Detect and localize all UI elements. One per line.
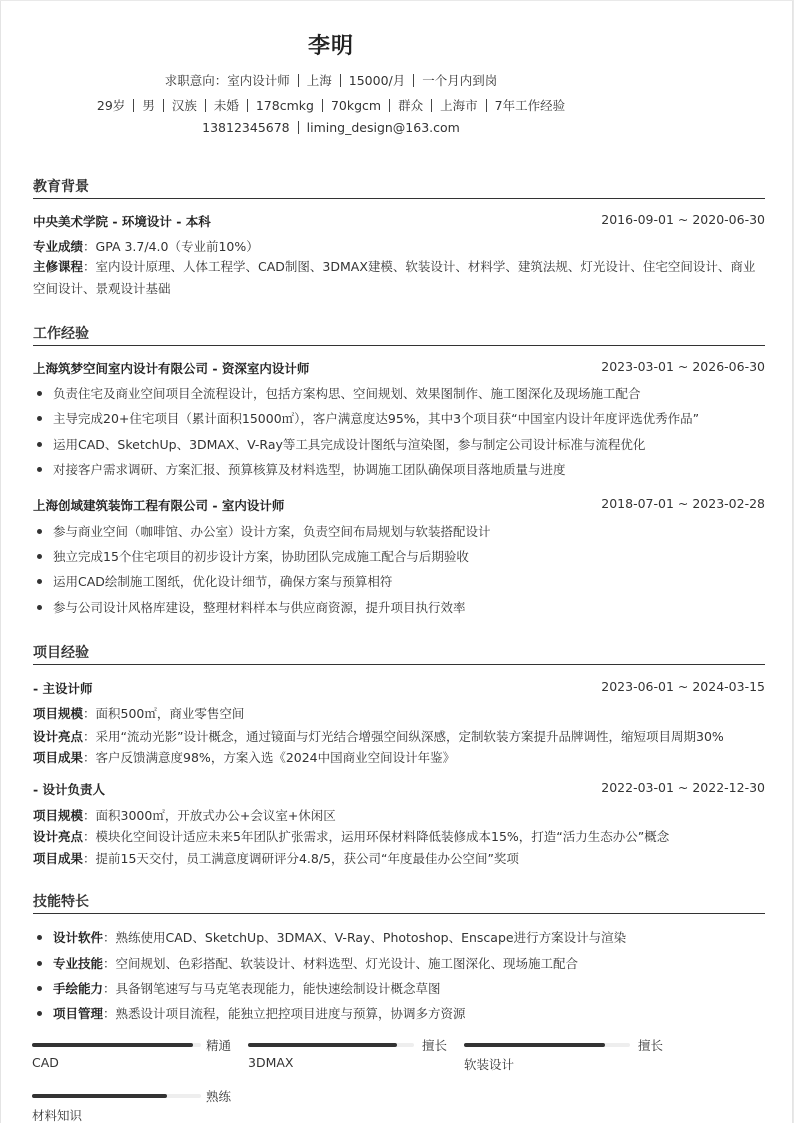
divider <box>389 99 390 112</box>
result-value: 客户反馈满意度98%，方案入选《2024中国商业空间设计年鉴》 <box>96 750 456 765</box>
info-weight: 70kgcm <box>331 98 381 113</box>
job-heading-row: 上海创域建筑装饰工程有限公司 - 室内设计师 2018-07-01 ~ 2023… <box>33 496 765 514</box>
job-heading-row: 上海筑梦空间室内设计有限公司 - 资深室内设计师 2023-03-01 ~ 20… <box>33 359 765 377</box>
divider <box>431 99 432 112</box>
project-heading: - 设计负责人 <box>33 782 105 797</box>
intent-city: 上海 <box>307 73 332 88</box>
info-marital: 未婚 <box>214 98 239 113</box>
courses-label: 主修课程 <box>33 259 83 274</box>
result-label: 项目成果 <box>33 750 83 765</box>
phone: 13812345678 <box>202 120 289 135</box>
skill-bullet: 手绘能力：具备钢笔速写与马克笔表现能力，能快速绘制设计概念草图 <box>33 979 765 997</box>
section-rule <box>33 913 765 914</box>
skill-text: 具备钢笔速写与马克笔表现能力，能快速绘制设计概念草图 <box>116 981 441 996</box>
divider <box>298 74 299 87</box>
colon: ： <box>83 808 96 823</box>
info-age: 29岁 <box>97 98 125 113</box>
job-heading: 上海筑梦空间室内设计有限公司 - 资深室内设计师 <box>33 361 309 376</box>
job-bullet: 对接客户需求调研、方案汇报、预算核算及材料选型，协调施工团队确保项目落地质量与进… <box>33 460 765 478</box>
intent-salary: 15000/月 <box>349 73 405 88</box>
divider <box>298 121 299 134</box>
education-date: 2016-09-01 ~ 2020-06-30 <box>601 212 765 227</box>
skill-bar-track <box>32 1094 201 1098</box>
email[interactable]: liming_design@163.com <box>307 120 460 135</box>
section-rule <box>33 198 765 199</box>
project-scale-row: 项目规模：面积500㎡，商业零售空间 <box>33 704 765 722</box>
skill-bar-fill <box>464 1043 605 1047</box>
skill-bar-fill <box>32 1043 193 1047</box>
job-bullet: 运用CAD、SketchUp、3DMAX、V-Ray等工具完成设计图纸与渲染图，… <box>33 435 765 453</box>
divider <box>133 99 134 112</box>
colon: ： <box>103 1006 116 1021</box>
project-result-row: 项目成果：客户反馈满意度98%，方案入选《2024中国商业空间设计年鉴》 <box>33 748 765 766</box>
skill-name: 软装设计 <box>464 1055 514 1073</box>
skill-label: 手绘能力 <box>53 981 103 996</box>
school-line: 中央美术学院 - 环境设计 - 本科 <box>33 214 211 229</box>
skill-label: 专业技能 <box>53 956 103 971</box>
colon: ： <box>103 930 116 945</box>
skill-name: CAD <box>32 1055 59 1070</box>
divider <box>322 99 323 112</box>
section-title-work: 工作经验 <box>33 323 89 343</box>
skill-bar-fill <box>32 1094 167 1098</box>
scale-label: 项目规模 <box>33 706 83 721</box>
job-date: 2023-03-01 ~ 2026-06-30 <box>601 359 765 374</box>
colon: ： <box>83 729 96 744</box>
candidate-name: 李明 <box>1 29 661 60</box>
job-heading: 上海创域建筑装饰工程有限公司 - 室内设计师 <box>33 498 284 513</box>
info-location: 上海市 <box>440 98 478 113</box>
colon: ： <box>83 706 96 721</box>
skill-level: 精通 <box>206 1036 231 1054</box>
colon: ： <box>103 981 116 996</box>
skill-bullet: 设计软件：熟练使用CAD、SketchUp、3DMAX、V-Ray、Photos… <box>33 928 765 946</box>
project-date: 2023-06-01 ~ 2024-03-15 <box>601 679 765 694</box>
highlight-value: 模块化空间设计适应未来5年团队扩张需求，运用环保材料降低装修成本15%，打造“活… <box>96 829 670 844</box>
divider <box>247 99 248 112</box>
project-date: 2022-03-01 ~ 2022-12-30 <box>601 780 765 795</box>
job-bullet: 参与商业空间（咖啡馆、办公室）设计方案，负责空间布局规划与软装搭配设计 <box>33 522 765 540</box>
skill-bar-track <box>464 1043 630 1047</box>
scale-label: 项目规模 <box>33 808 83 823</box>
skill-level: 擅长 <box>422 1036 447 1054</box>
section-title-skills: 技能特长 <box>33 891 89 911</box>
resume-page: 李明 求职意向：室内设计师上海15000/月一个月内到岗 29岁男汉族未婚178… <box>0 1 793 1123</box>
contact-line: 13812345678liming_design@163.com <box>1 120 661 135</box>
skill-bar-track <box>32 1043 201 1047</box>
result-label: 项目成果 <box>33 851 83 866</box>
info-political: 群众 <box>398 98 423 113</box>
highlight-label: 设计亮点 <box>33 829 83 844</box>
project-highlight-row: 设计亮点：模块化空间设计适应未来5年团队扩张需求，运用环保材料降低装修成本15%… <box>33 827 765 845</box>
skill-label: 项目管理 <box>53 1006 103 1021</box>
skill-bar-track <box>248 1043 414 1047</box>
highlight-value: 采用“流动光影”设计概念，通过镜面与灯光结合增强空间纵深感，定制软装方案提升品牌… <box>96 729 724 744</box>
divider <box>486 99 487 112</box>
skill-text: 空间规划、色彩搭配、软装设计、材料选型、灯光设计、施工图深化、现场施工配合 <box>116 956 579 971</box>
skill-level: 擅长 <box>638 1036 663 1054</box>
colon: ： <box>103 956 116 971</box>
education-heading-row: 中央美术学院 - 环境设计 - 本科 2016-09-01 ~ 2020-06-… <box>33 212 765 230</box>
skill-name: 3DMAX <box>248 1055 293 1070</box>
intent-position: 求职意向：室内设计师 <box>165 73 290 88</box>
skill-text: 熟悉设计项目流程，能独立把控项目进度与预算，协调多方资源 <box>116 1006 466 1021</box>
job-bullet: 主导完成20+住宅项目（累计面积15000㎡），客户满意度达95%，其中3个项目… <box>33 409 765 427</box>
intent-availability: 一个月内到岗 <box>422 73 497 88</box>
job-bullet: 参与公司设计风格库建设，整理材料样本与供应商资源，提升项目执行效率 <box>33 598 765 616</box>
project-heading-row: - 主设计师 2023-06-01 ~ 2024-03-15 <box>33 679 765 697</box>
info-height: 178cmkg <box>256 98 314 113</box>
education-gpa-row: 专业成绩：GPA 3.7/4.0（专业前10%） <box>33 237 765 255</box>
section-rule <box>33 345 765 346</box>
project-scale-row: 项目规模：面积3000㎡，开放式办公+会议室+休闲区 <box>33 806 765 824</box>
info-gender: 男 <box>142 98 155 113</box>
gpa-label: 专业成绩 <box>33 239 83 254</box>
scale-value: 面积500㎡，商业零售空间 <box>96 706 245 721</box>
skill-bar-fill <box>248 1043 397 1047</box>
section-title-education: 教育背景 <box>33 176 89 196</box>
gpa-value: GPA 3.7/4.0（专业前10%） <box>96 239 259 254</box>
info-experience: 7年工作经验 <box>495 98 565 113</box>
education-courses-row: 主修课程：室内设计原理、人体工程学、CAD制图、3DMAX建模、软装设计、材料学… <box>33 256 765 300</box>
section-title-projects: 项目经验 <box>33 642 89 662</box>
colon: ： <box>83 851 96 866</box>
section-rule <box>33 664 765 665</box>
project-highlight-row: 设计亮点：采用“流动光影”设计概念，通过镜面与灯光结合增强空间纵深感，定制软装方… <box>33 727 765 745</box>
divider <box>340 74 341 87</box>
colon: ： <box>83 239 96 254</box>
job-date: 2018-07-01 ~ 2023-02-28 <box>601 496 765 511</box>
personal-info-line: 29岁男汉族未婚178cmkg70kgcm群众上海市7年工作经验 <box>1 96 661 114</box>
scale-value: 面积3000㎡，开放式办公+会议室+休闲区 <box>96 808 336 823</box>
skill-text: 熟练使用CAD、SketchUp、3DMAX、V-Ray、Photoshop、E… <box>116 930 627 945</box>
skill-label: 设计软件 <box>53 930 103 945</box>
highlight-label: 设计亮点 <box>33 729 83 744</box>
skill-name: 材料知识 <box>32 1106 82 1123</box>
courses-value: 室内设计原理、人体工程学、CAD制图、3DMAX建模、软装设计、材料学、建筑法规… <box>33 259 755 296</box>
project-result-row: 项目成果：提前15天交付，员工满意度调研评分4.8/5，获公司“年度最佳办公空间… <box>33 849 765 867</box>
skill-bullet: 专业技能：空间规划、色彩搭配、软装设计、材料选型、灯光设计、施工图深化、现场施工… <box>33 954 765 972</box>
job-bullet: 负责住宅及商业空间项目全流程设计，包括方案构思、空间规划、效果图制作、施工图深化… <box>33 384 765 402</box>
skill-bullet: 项目管理：熟悉设计项目流程，能独立把控项目进度与预算，协调多方资源 <box>33 1004 765 1022</box>
divider <box>413 74 414 87</box>
skill-level: 熟练 <box>206 1087 231 1105</box>
colon: ： <box>83 829 96 844</box>
project-heading-row: - 设计负责人 2022-03-01 ~ 2022-12-30 <box>33 780 765 798</box>
colon: ： <box>83 259 96 274</box>
colon: ： <box>83 750 96 765</box>
project-heading: - 主设计师 <box>33 681 93 696</box>
job-bullet: 独立完成15个住宅项目的初步设计方案，协助团队完成施工配合与后期验收 <box>33 547 765 565</box>
divider <box>163 99 164 112</box>
result-value: 提前15天交付，员工满意度调研评分4.8/5，获公司“年度最佳办公空间”奖项 <box>96 851 519 866</box>
job-bullet: 运用CAD绘制施工图纸，优化设计细节，确保方案与预算相符 <box>33 572 765 590</box>
job-intent-line: 求职意向：室内设计师上海15000/月一个月内到岗 <box>1 71 661 89</box>
info-ethnicity: 汉族 <box>172 98 197 113</box>
divider <box>205 99 206 112</box>
